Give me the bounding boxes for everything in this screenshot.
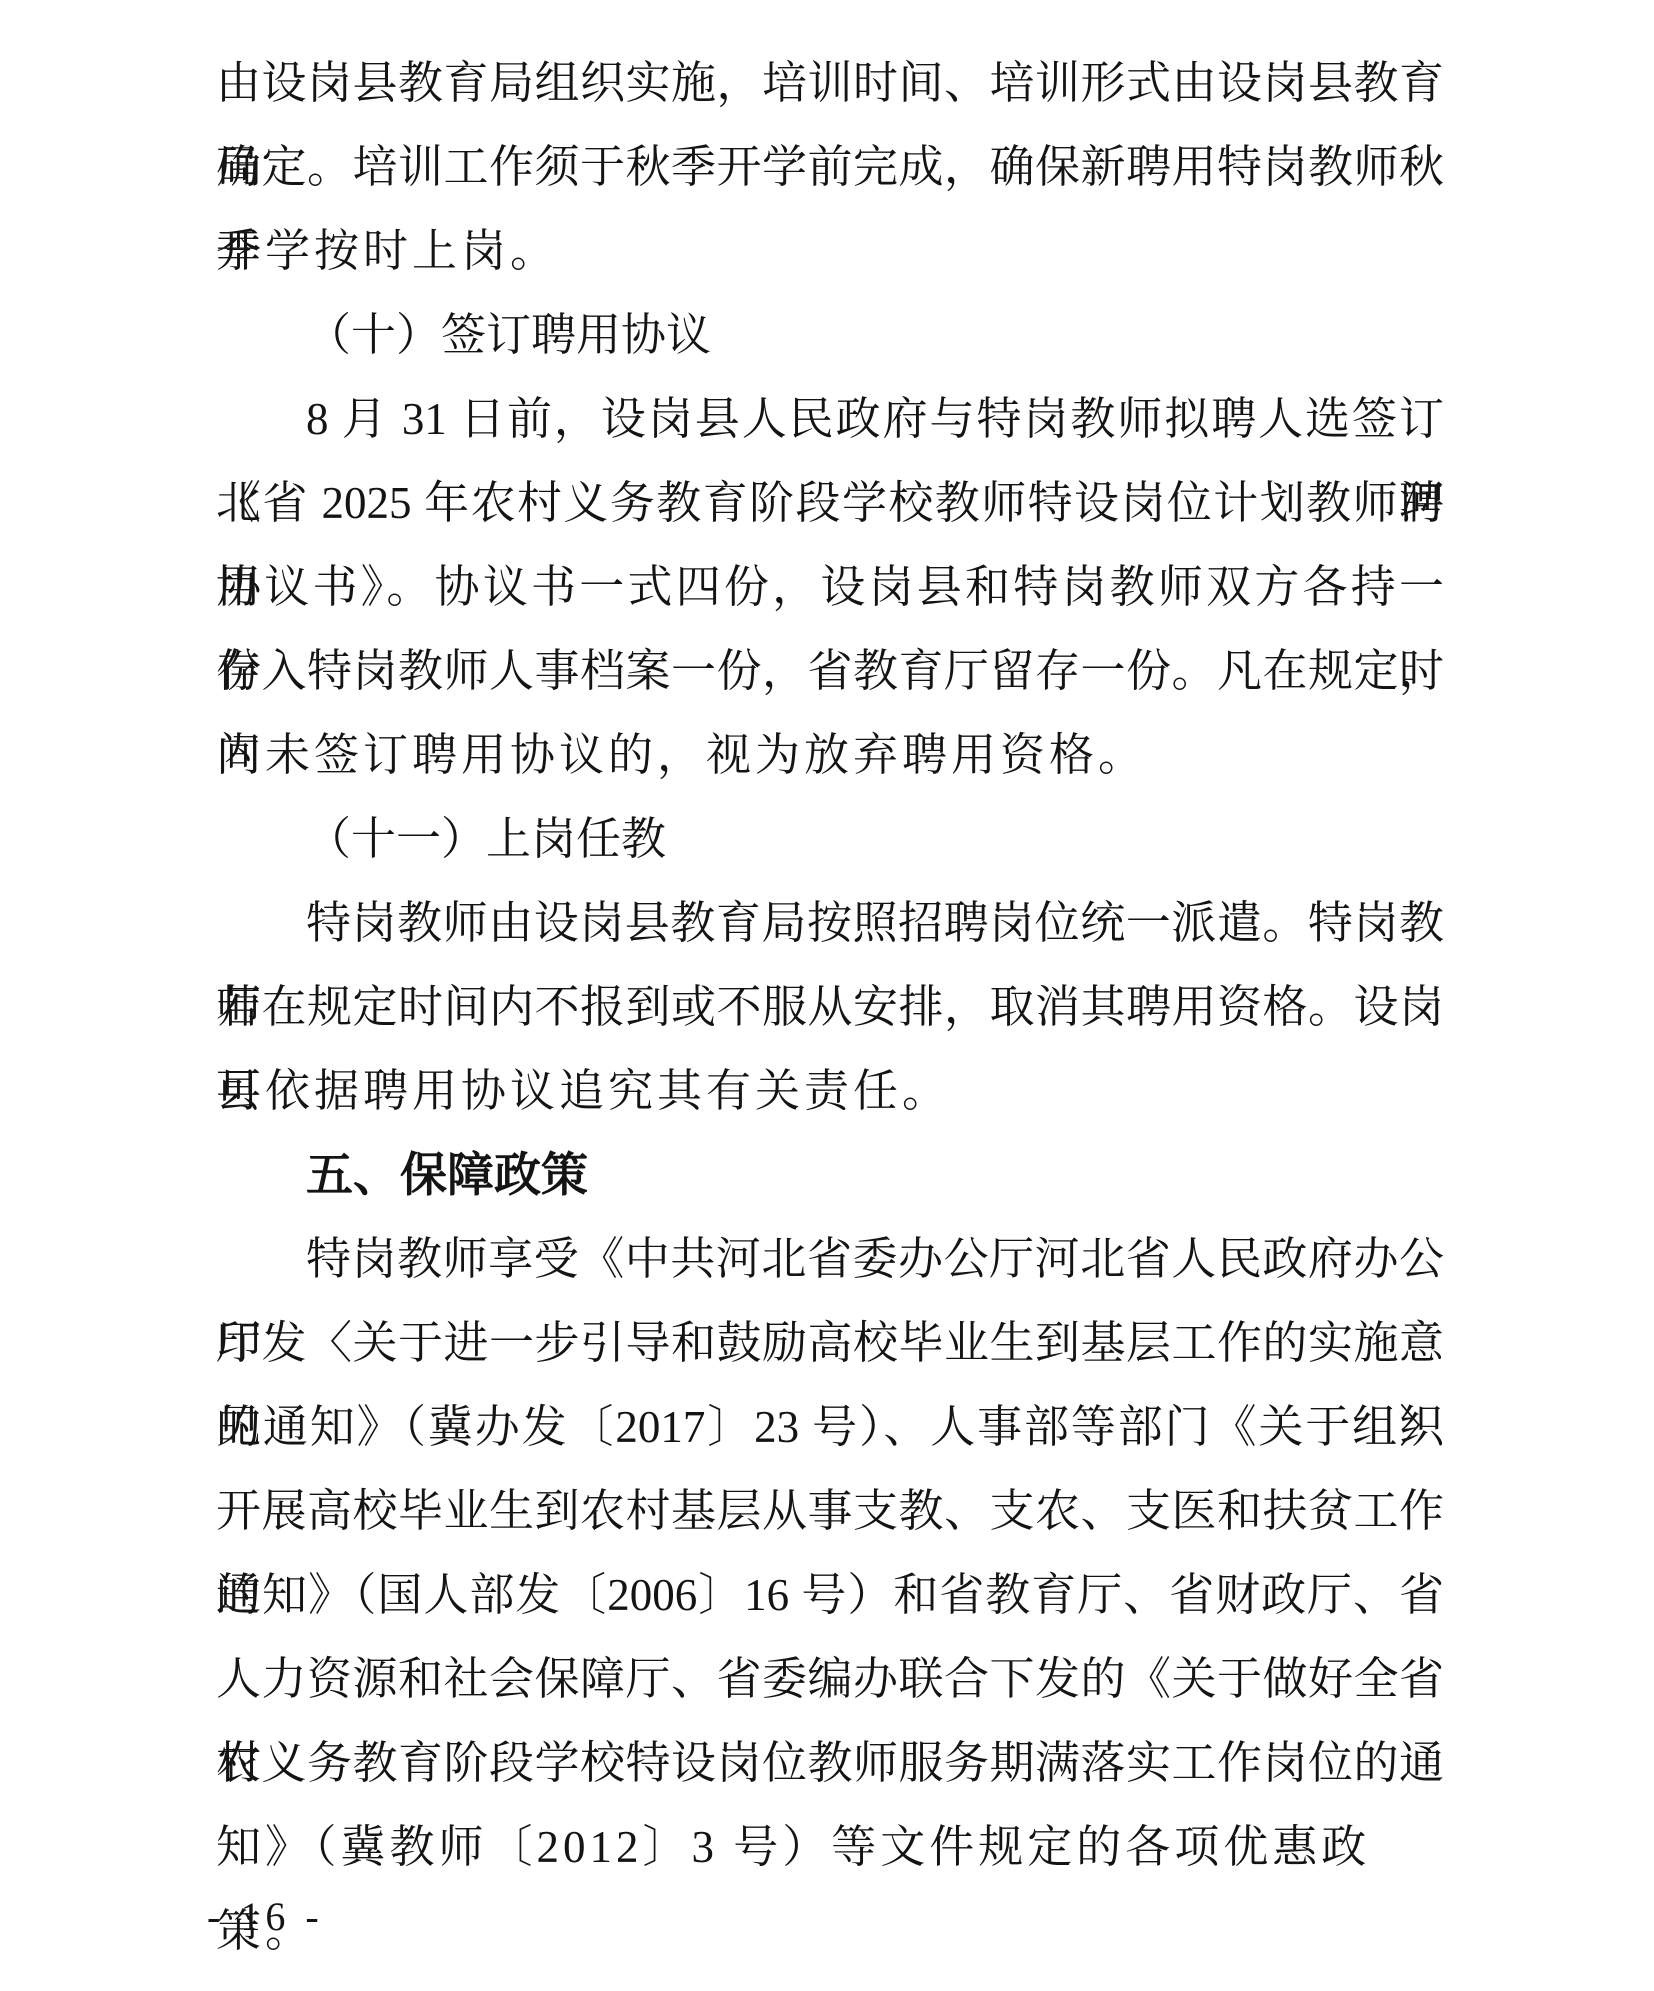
body-text-line: 存入特岗教师人事档案一份，省教育厅留存一份。凡在规定时间 <box>216 629 1444 713</box>
body-text-line: 特岗教师由设岗县教育局按照招聘岗位统一派遣。特岗教师 <box>216 881 1444 965</box>
section-heading-five: 五、保障政策 <box>216 1133 1444 1217</box>
body-text-line: 知》（冀教师〔2012〕3 号）等文件规定的各项优惠政策。 <box>216 1805 1444 1889</box>
body-text-line: 村义务教育阶段学校特设岗位教师服务期满落实工作岗位的通 <box>216 1721 1444 1805</box>
body-text-line: 特岗教师享受《中共河北省委办公厅河北省人民政府办公厅 <box>216 1217 1444 1301</box>
subsection-heading-eleven: （十一）上岗任教 <box>216 797 1444 881</box>
body-text-line: 北省 2025 年农村义务教育阶段学校教师特设岗位计划教师聘用 <box>216 461 1444 545</box>
document-page: 由设岗县教育局组织实施，培训时间、培训形式由设岗县教育局 确定。培训工作须于秋季… <box>0 0 1654 1991</box>
body-text-line: 可依据聘用协议追究其有关责任。 <box>216 1049 1444 1133</box>
body-text-line: 8 月 31 日前，设岗县人民政府与特岗教师拟聘人选签订《河 <box>216 377 1444 461</box>
body-text-line: 确定。培训工作须于秋季开学前完成，确保新聘用特岗教师秋季 <box>216 125 1444 209</box>
body-text-line: 人力资源和社会保障厅、省委编办联合下发的《关于做好全省农 <box>216 1637 1444 1721</box>
body-text-line: 若在规定时间内不报到或不服从安排，取消其聘用资格。设岗县 <box>216 965 1444 1049</box>
body-text-line: 开学按时上岗。 <box>216 209 1444 293</box>
body-text-line: 由设岗县教育局组织实施，培训时间、培训形式由设岗县教育局 <box>216 41 1444 125</box>
body-text-line: 通知》（国人部发〔2006〕16 号）和省教育厅、省财政厅、省 <box>216 1553 1444 1637</box>
body-text-line: 开展高校毕业生到农村基层从事支教、支农、支医和扶贫工作的 <box>216 1469 1444 1553</box>
body-text-line: 内未签订聘用协议的，视为放弃聘用资格。 <box>216 713 1444 797</box>
page-number: - 16 - <box>207 1893 324 1940</box>
body-text-line: 协议书》。协议书一式四份，设岗县和特岗教师双方各持一份， <box>216 545 1444 629</box>
document-text-block: 由设岗县教育局组织实施，培训时间、培训形式由设岗县教育局 确定。培训工作须于秋季… <box>216 41 1444 1889</box>
body-text-line: 的通知》（冀办发〔2017〕23 号）、人事部等部门《关于组织 <box>216 1385 1444 1469</box>
subsection-heading-ten: （十）签订聘用协议 <box>216 293 1444 377</box>
body-text-line: 印发〈关于进一步引导和鼓励高校毕业生到基层工作的实施意见〉 <box>216 1301 1444 1385</box>
